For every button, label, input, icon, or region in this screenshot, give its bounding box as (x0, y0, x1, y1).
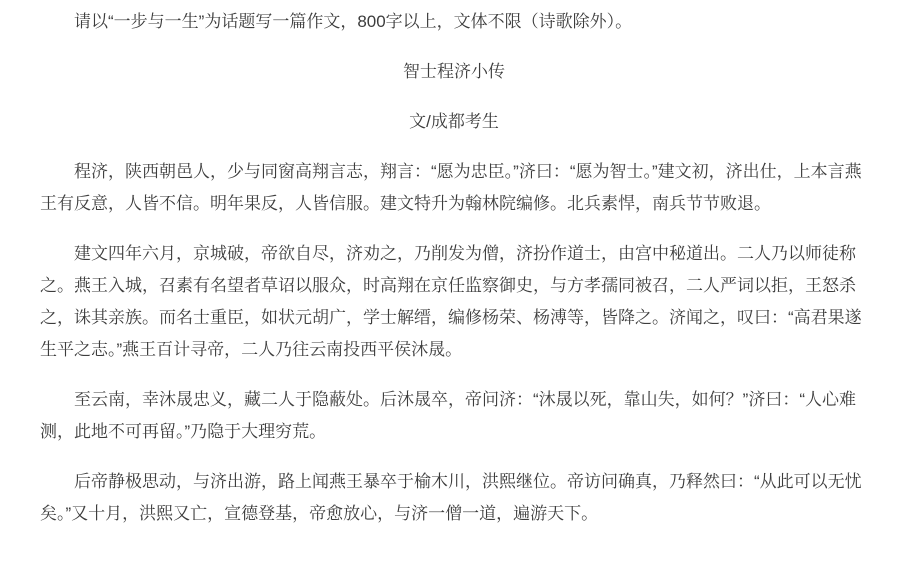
essay-prompt: 请以“一步与一生”为话题写一篇作文，800字以上，文体不限（诗歌除外）。 (40, 6, 868, 38)
essay-paragraph-4: 后帝静极思动，与济出游，路上闻燕王暴卒于榆木川，洪熙继位。帝访问确真，乃释然曰：… (40, 466, 868, 530)
essay-paragraph-1: 程济，陕西朝邑人，少与同窗高翔言志，翔言：“愿为忠臣。”济曰：“愿为智士。”建文… (40, 156, 868, 220)
essay-paragraph-3: 至云南，幸沐晟忠义，藏二人于隐蔽处。后沐晟卒，帝问济：“沐晟以死，靠山失，如何？… (40, 384, 868, 448)
essay-title: 智士程济小传 (40, 56, 868, 88)
essay-byline: 文/成都考生 (40, 106, 868, 138)
essay-paragraph-2: 建文四年六月，京城破，帝欲自尽，济劝之，乃削发为僧，济扮作道士，由宫中秘道出。二… (40, 238, 868, 366)
essay-document: 请以“一步与一生”为话题写一篇作文，800字以上，文体不限（诗歌除外）。 智士程… (0, 0, 904, 530)
